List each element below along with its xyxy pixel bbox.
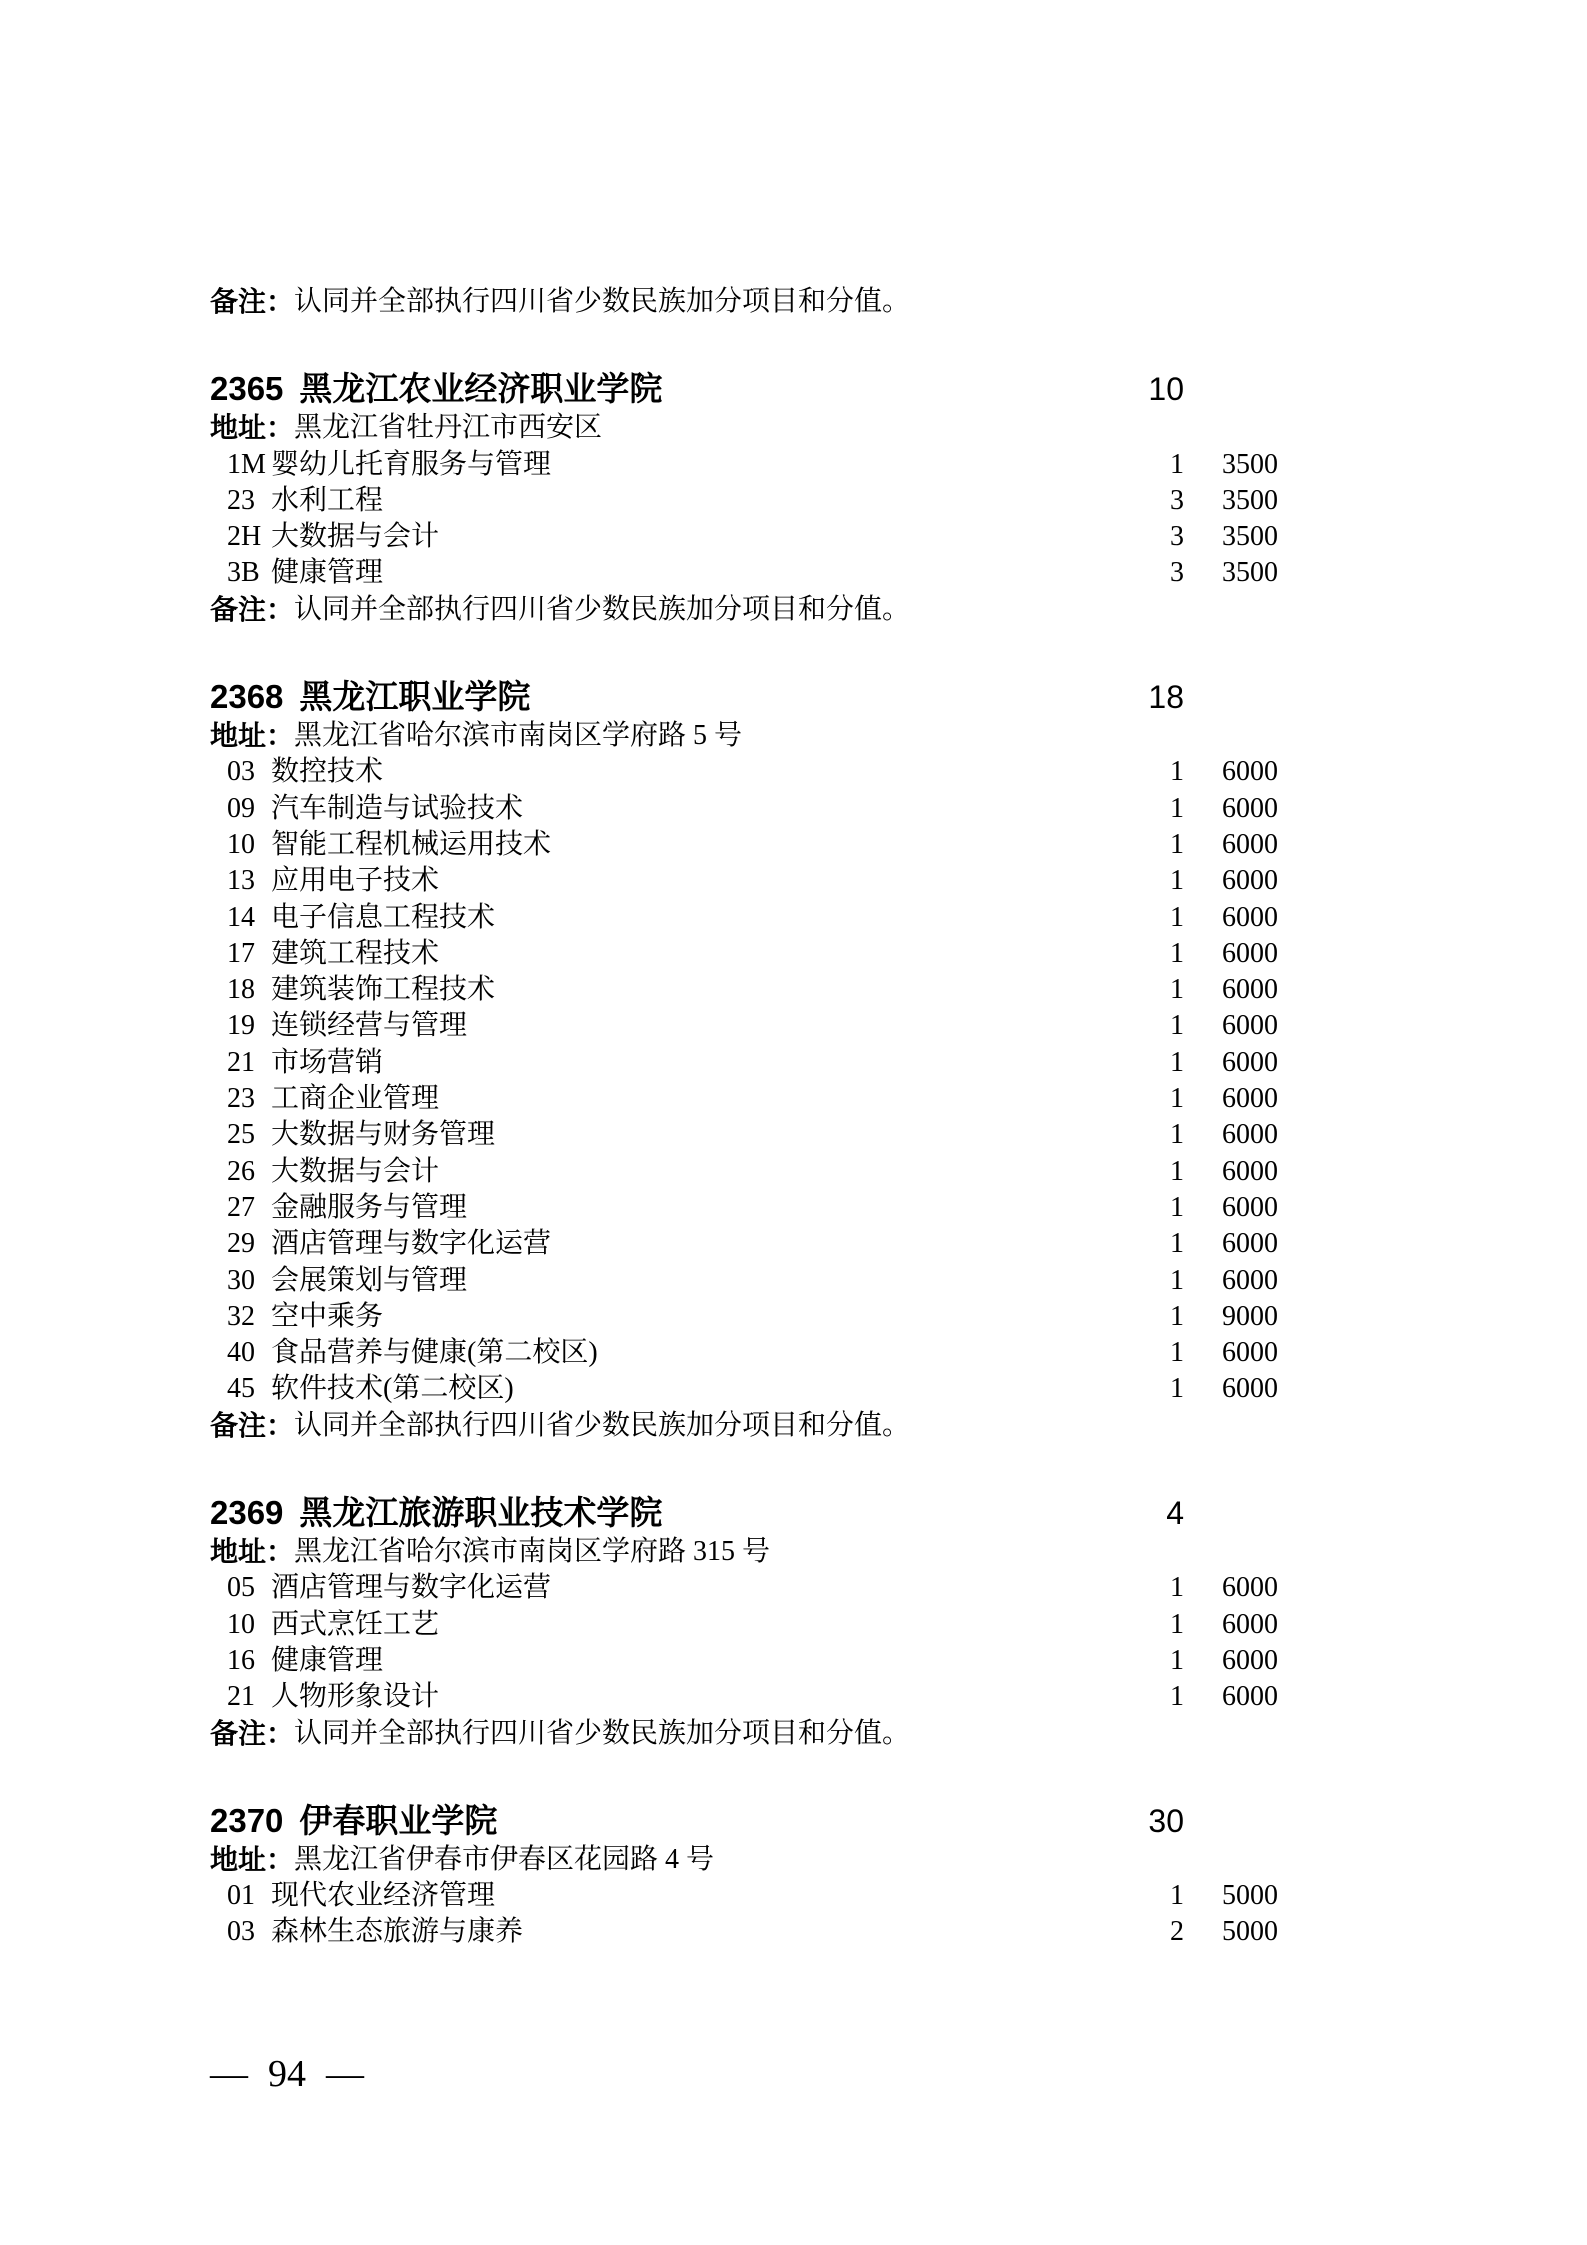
major-quota: 1 (1124, 1117, 1184, 1153)
major-name: 智能工程机械运用技术 (271, 827, 1124, 863)
section-header: 2368黑龙江职业学院18 (210, 676, 1278, 718)
address-value: 黑龙江省哈尔滨市南岗区学府路 5 号 (294, 718, 1278, 754)
major-fee: 6000 (1184, 1008, 1278, 1044)
address-value: 黑龙江省牡丹江市西安区 (294, 410, 1278, 446)
major-quota: 1 (1124, 1371, 1184, 1407)
major-row: 40食品营养与健康(第二校区)16000 (210, 1335, 1278, 1371)
major-quota: 1 (1124, 1335, 1184, 1371)
major-code: 2H (227, 519, 271, 555)
major-fee: 6000 (1184, 936, 1278, 972)
page-number: 94 (268, 2052, 306, 2096)
major-code: 03 (227, 754, 271, 790)
address-value: 黑龙江省哈尔滨市南岗区学府路 315 号 (294, 1534, 1278, 1570)
major-quota: 1 (1124, 1226, 1184, 1262)
remark-line: 备注：认同并全部执行四川省少数民族加分项目和分值。 (210, 1716, 1278, 1752)
major-code: 18 (227, 972, 271, 1008)
major-name: 工商企业管理 (271, 1081, 1124, 1117)
major-fee: 6000 (1184, 1643, 1278, 1679)
remark-label: 备注： (210, 1716, 294, 1752)
major-code: 21 (227, 1045, 271, 1081)
major-quota: 3 (1124, 519, 1184, 555)
major-quota: 1 (1124, 900, 1184, 936)
major-code: 45 (227, 1371, 271, 1407)
remark-label: 备注： (210, 284, 294, 320)
remark-text: 认同并全部执行四川省少数民族加分项目和分值。 (294, 284, 1278, 320)
address-line: 地址：黑龙江省哈尔滨市南岗区学府路 315 号 (210, 1534, 1278, 1570)
major-row: 18建筑装饰工程技术16000 (210, 972, 1278, 1008)
major-name: 酒店管理与数字化运营 (271, 1226, 1124, 1262)
major-name: 健康管理 (271, 1643, 1124, 1679)
remark-text: 认同并全部执行四川省少数民族加分项目和分值。 (294, 592, 1278, 628)
sections: 2365黑龙江农业经济职业学院10地址：黑龙江省牡丹江市西安区1M婴幼儿托育服务… (210, 368, 1278, 1950)
major-fee: 3500 (1184, 447, 1278, 483)
major-code: 19 (227, 1008, 271, 1044)
major-quota: 1 (1124, 827, 1184, 863)
major-code: 13 (227, 863, 271, 899)
major-quota: 1 (1124, 1045, 1184, 1081)
major-code: 40 (227, 1335, 271, 1371)
major-name: 建筑装饰工程技术 (271, 972, 1124, 1008)
major-fee: 6000 (1184, 1117, 1278, 1153)
major-name: 建筑工程技术 (271, 936, 1124, 972)
major-code: 10 (227, 1607, 271, 1643)
major-row: 03数控技术16000 (210, 754, 1278, 790)
address-line: 地址：黑龙江省哈尔滨市南岗区学府路 5 号 (210, 718, 1278, 754)
section-total-quota: 30 (1124, 1800, 1184, 1842)
major-row: 21人物形象设计16000 (210, 1679, 1278, 1715)
major-quota: 1 (1124, 1570, 1184, 1606)
major-fee: 6000 (1184, 972, 1278, 1008)
section-name: 伊春职业学院 (299, 1800, 1124, 1842)
major-row: 14电子信息工程技术16000 (210, 900, 1278, 936)
major-fee: 6000 (1184, 754, 1278, 790)
major-row: 16健康管理16000 (210, 1643, 1278, 1679)
major-row: 05酒店管理与数字化运营16000 (210, 1570, 1278, 1606)
page-footer: — 94 — (210, 2052, 364, 2096)
major-fee: 6000 (1184, 1679, 1278, 1715)
address-line: 地址：黑龙江省伊春市伊春区花园路 4 号 (210, 1842, 1278, 1878)
remark-line: 备注：认同并全部执行四川省少数民族加分项目和分值。 (210, 1408, 1278, 1444)
institution-section: 2369黑龙江旅游职业技术学院4地址：黑龙江省哈尔滨市南岗区学府路 315 号0… (210, 1492, 1278, 1752)
major-row: 26大数据与会计16000 (210, 1154, 1278, 1190)
major-fee: 3500 (1184, 555, 1278, 591)
footer-dash-left: — (210, 2052, 248, 2096)
major-name: 西式烹饪工艺 (271, 1607, 1124, 1643)
major-fee: 6000 (1184, 827, 1278, 863)
major-quota: 1 (1124, 1081, 1184, 1117)
major-code: 01 (227, 1878, 271, 1914)
major-row: 29酒店管理与数字化运营16000 (210, 1226, 1278, 1262)
major-row: 2H大数据与会计33500 (210, 519, 1278, 555)
major-quota: 1 (1124, 1154, 1184, 1190)
major-code: 3B (227, 555, 271, 591)
major-row: 13应用电子技术16000 (210, 863, 1278, 899)
section-total-quota: 4 (1124, 1492, 1184, 1534)
major-quota: 1 (1124, 1190, 1184, 1226)
major-name: 人物形象设计 (271, 1679, 1124, 1715)
major-row: 32空中乘务19000 (210, 1299, 1278, 1335)
major-row: 27金融服务与管理16000 (210, 1190, 1278, 1226)
major-fee: 6000 (1184, 863, 1278, 899)
major-fee: 6000 (1184, 1570, 1278, 1606)
major-fee: 6000 (1184, 1154, 1278, 1190)
major-quota: 1 (1124, 1299, 1184, 1335)
section-name: 黑龙江职业学院 (299, 676, 1124, 718)
major-name: 数控技术 (271, 754, 1124, 790)
major-name: 空中乘务 (271, 1299, 1124, 1335)
major-code: 16 (227, 1643, 271, 1679)
remark-text: 认同并全部执行四川省少数民族加分项目和分值。 (294, 1716, 1278, 1752)
section-name: 黑龙江农业经济职业学院 (299, 368, 1124, 410)
address-line: 地址：黑龙江省牡丹江市西安区 (210, 410, 1278, 446)
major-row: 10西式烹饪工艺16000 (210, 1607, 1278, 1643)
major-row: 03森林生态旅游与康养25000 (210, 1914, 1278, 1950)
section-header: 2369黑龙江旅游职业技术学院4 (210, 1492, 1278, 1534)
major-code: 32 (227, 1299, 271, 1335)
major-row: 17建筑工程技术16000 (210, 936, 1278, 972)
major-name: 健康管理 (271, 555, 1124, 591)
major-quota: 1 (1124, 1878, 1184, 1914)
major-row: 23工商企业管理16000 (210, 1081, 1278, 1117)
major-fee: 9000 (1184, 1299, 1278, 1335)
major-quota: 3 (1124, 483, 1184, 519)
major-name: 金融服务与管理 (271, 1190, 1124, 1226)
major-code: 03 (227, 1914, 271, 1950)
major-fee: 6000 (1184, 1081, 1278, 1117)
section-code: 2365 (210, 368, 283, 410)
major-code: 30 (227, 1263, 271, 1299)
section-code: 2370 (210, 1800, 283, 1842)
major-fee: 6000 (1184, 1190, 1278, 1226)
address-value: 黑龙江省伊春市伊春区花园路 4 号 (294, 1842, 1278, 1878)
page-content: 备注： 认同并全部执行四川省少数民族加分项目和分值。 2365黑龙江农业经济职业… (210, 284, 1278, 1951)
major-quota: 3 (1124, 555, 1184, 591)
section-header: 2370伊春职业学院30 (210, 1800, 1278, 1842)
leading-remark-line: 备注： 认同并全部执行四川省少数民族加分项目和分值。 (210, 284, 1278, 320)
major-row: 10智能工程机械运用技术16000 (210, 827, 1278, 863)
major-quota: 1 (1124, 447, 1184, 483)
major-row: 23水利工程33500 (210, 483, 1278, 519)
major-fee: 6000 (1184, 1263, 1278, 1299)
document-page: 备注： 认同并全部执行四川省少数民族加分项目和分值。 2365黑龙江农业经济职业… (0, 0, 1587, 2245)
major-quota: 1 (1124, 863, 1184, 899)
major-row: 30会展策划与管理16000 (210, 1263, 1278, 1299)
major-row: 21市场营销16000 (210, 1045, 1278, 1081)
section-code: 2369 (210, 1492, 283, 1534)
major-row: 01现代农业经济管理15000 (210, 1878, 1278, 1914)
address-label: 地址： (210, 718, 294, 754)
major-quota: 1 (1124, 791, 1184, 827)
major-code: 1M (227, 447, 271, 483)
major-name: 现代农业经济管理 (271, 1878, 1124, 1914)
major-quota: 1 (1124, 1607, 1184, 1643)
major-name: 电子信息工程技术 (271, 900, 1124, 936)
major-code: 23 (227, 1081, 271, 1117)
major-fee: 6000 (1184, 1226, 1278, 1262)
major-name: 汽车制造与试验技术 (271, 791, 1124, 827)
major-code: 25 (227, 1117, 271, 1153)
remark-line: 备注：认同并全部执行四川省少数民族加分项目和分值。 (210, 592, 1278, 628)
major-fee: 6000 (1184, 1335, 1278, 1371)
address-label: 地址： (210, 410, 294, 446)
major-row: 3B健康管理33500 (210, 555, 1278, 591)
major-fee: 5000 (1184, 1914, 1278, 1950)
major-fee: 6000 (1184, 791, 1278, 827)
major-row: 25大数据与财务管理16000 (210, 1117, 1278, 1153)
major-name: 连锁经营与管理 (271, 1008, 1124, 1044)
major-name: 大数据与财务管理 (271, 1117, 1124, 1153)
major-fee: 6000 (1184, 900, 1278, 936)
major-row: 1M婴幼儿托育服务与管理13500 (210, 447, 1278, 483)
major-name: 应用电子技术 (271, 863, 1124, 899)
major-quota: 1 (1124, 1679, 1184, 1715)
major-code: 27 (227, 1190, 271, 1226)
major-name: 婴幼儿托育服务与管理 (271, 447, 1124, 483)
major-quota: 1 (1124, 936, 1184, 972)
major-quota: 1 (1124, 754, 1184, 790)
major-code: 10 (227, 827, 271, 863)
major-name: 软件技术(第二校区) (271, 1371, 1124, 1407)
major-fee: 5000 (1184, 1878, 1278, 1914)
address-label: 地址： (210, 1842, 294, 1878)
major-fee: 3500 (1184, 483, 1278, 519)
remark-label: 备注： (210, 592, 294, 628)
major-quota: 1 (1124, 972, 1184, 1008)
major-name: 食品营养与健康(第二校区) (271, 1335, 1124, 1371)
major-row: 19连锁经营与管理16000 (210, 1008, 1278, 1044)
remark-label: 备注： (210, 1408, 294, 1444)
section-code: 2368 (210, 676, 283, 718)
major-code: 05 (227, 1570, 271, 1606)
institution-section: 2365黑龙江农业经济职业学院10地址：黑龙江省牡丹江市西安区1M婴幼儿托育服务… (210, 368, 1278, 628)
major-name: 水利工程 (271, 483, 1124, 519)
major-name: 酒店管理与数字化运营 (271, 1570, 1124, 1606)
institution-section: 2370伊春职业学院30地址：黑龙江省伊春市伊春区花园路 4 号01现代农业经济… (210, 1800, 1278, 1951)
major-row: 45软件技术(第二校区)16000 (210, 1371, 1278, 1407)
major-code: 17 (227, 936, 271, 972)
remark-text: 认同并全部执行四川省少数民族加分项目和分值。 (294, 1408, 1278, 1444)
major-code: 21 (227, 1679, 271, 1715)
major-quota: 1 (1124, 1263, 1184, 1299)
institution-section: 2368黑龙江职业学院18地址：黑龙江省哈尔滨市南岗区学府路 5 号03数控技术… (210, 676, 1278, 1444)
major-name: 会展策划与管理 (271, 1263, 1124, 1299)
major-quota: 1 (1124, 1643, 1184, 1679)
major-code: 23 (227, 483, 271, 519)
major-name: 大数据与会计 (271, 1154, 1124, 1190)
major-code: 14 (227, 900, 271, 936)
major-code: 26 (227, 1154, 271, 1190)
address-label: 地址： (210, 1534, 294, 1570)
major-code: 09 (227, 791, 271, 827)
major-fee: 6000 (1184, 1045, 1278, 1081)
section-name: 黑龙江旅游职业技术学院 (299, 1492, 1124, 1534)
major-fee: 3500 (1184, 519, 1278, 555)
major-name: 森林生态旅游与康养 (271, 1914, 1124, 1950)
major-fee: 6000 (1184, 1607, 1278, 1643)
major-name: 市场营销 (271, 1045, 1124, 1081)
section-total-quota: 10 (1124, 368, 1184, 410)
major-name: 大数据与会计 (271, 519, 1124, 555)
major-fee: 6000 (1184, 1371, 1278, 1407)
major-row: 09汽车制造与试验技术16000 (210, 791, 1278, 827)
section-header: 2365黑龙江农业经济职业学院10 (210, 368, 1278, 410)
major-code: 29 (227, 1226, 271, 1262)
major-quota: 1 (1124, 1008, 1184, 1044)
section-total-quota: 18 (1124, 676, 1184, 718)
footer-dash-right: — (326, 2052, 364, 2096)
major-quota: 2 (1124, 1914, 1184, 1950)
